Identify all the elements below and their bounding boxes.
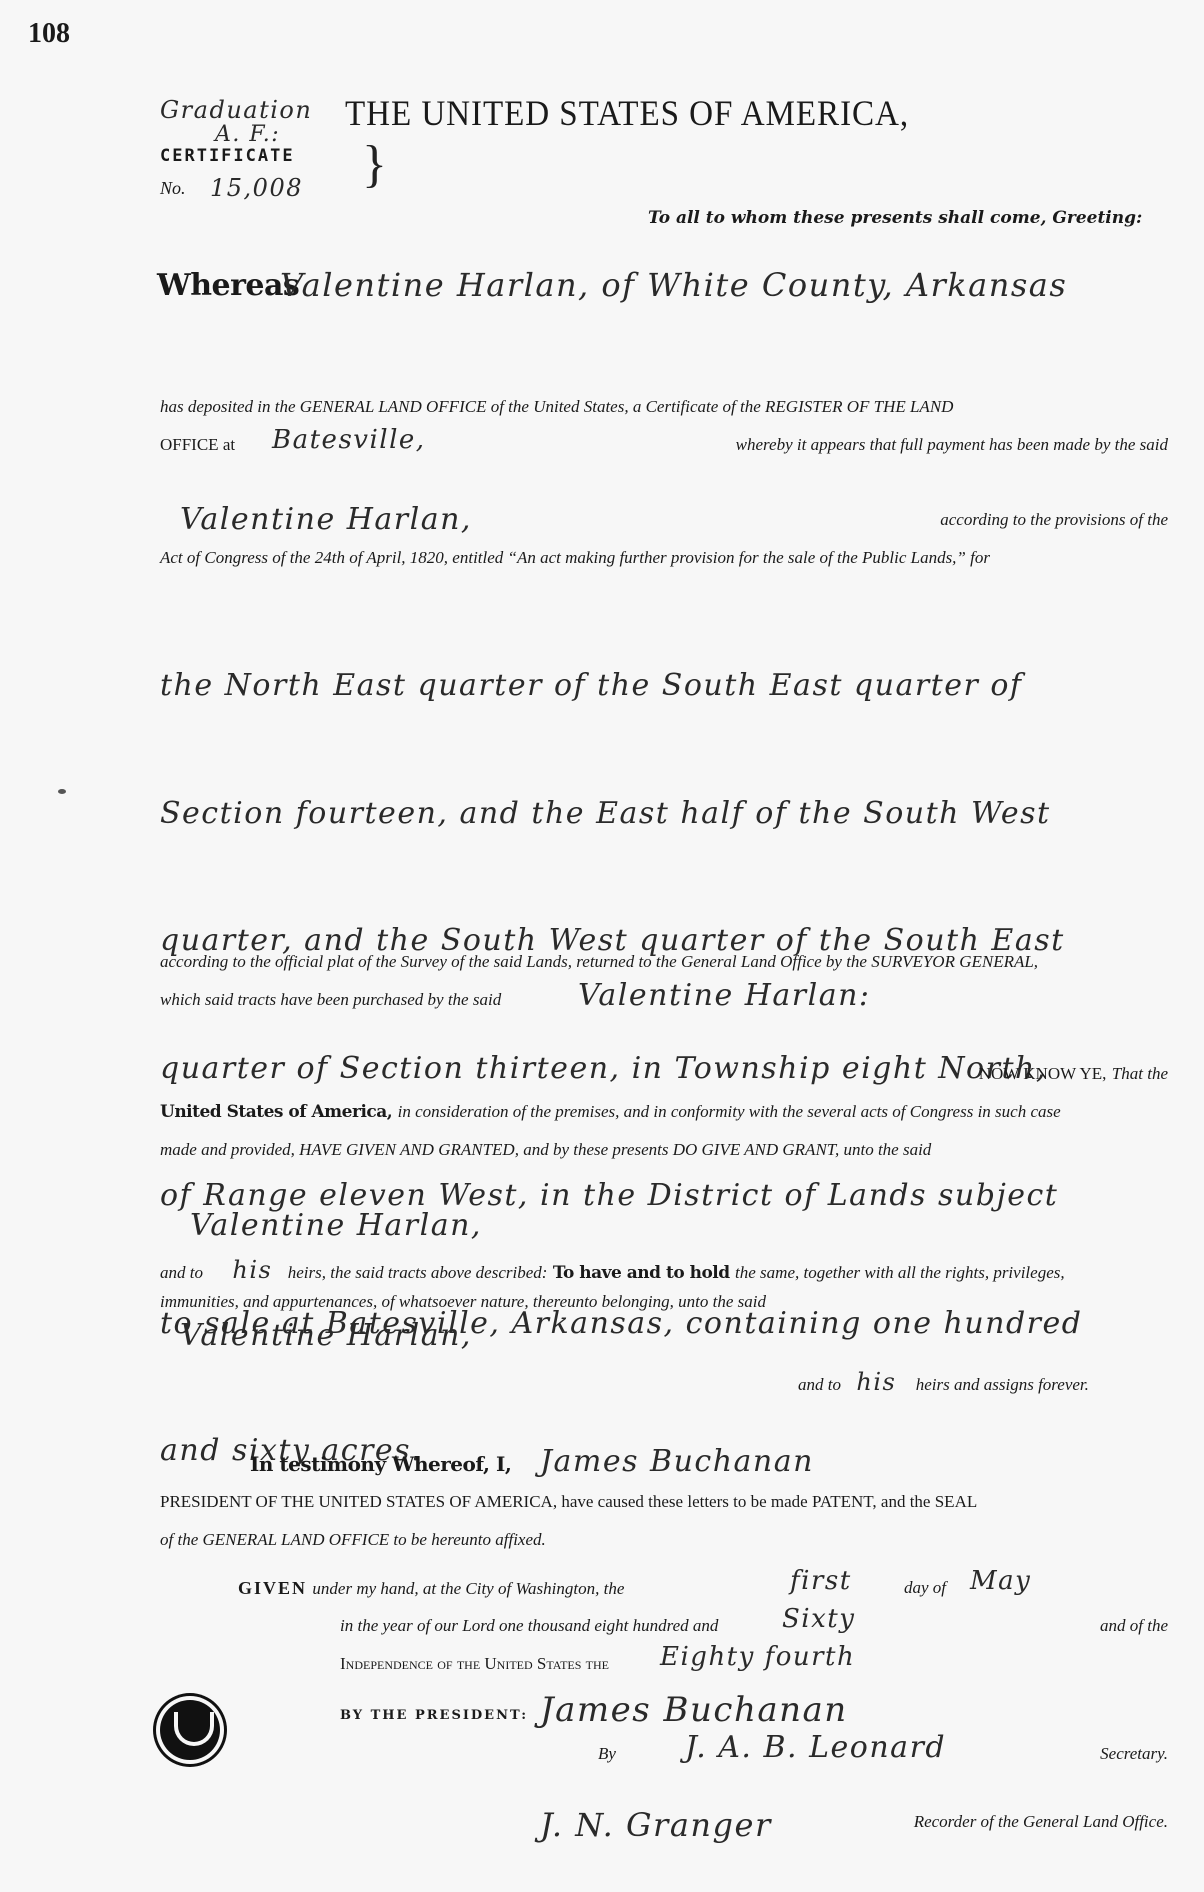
now-know-ye: NOW KNOW YE, That the <box>979 1064 1168 1084</box>
usa-blackletter: United States of America, <box>160 1102 392 1122</box>
graduation-note: Graduation <box>160 96 312 124</box>
day-of: day of <box>904 1578 946 1598</box>
act-text: Act of Congress of the 24th of April, 18… <box>160 548 990 568</box>
purchaser-name: Valentine Harlan: <box>578 978 871 1013</box>
land-description-line: quarter of Section thirteen, in Township… <box>160 1048 1082 1091</box>
land-description-line: the North East quarter of the South East… <box>160 665 1082 708</box>
recorder-title: Recorder of the General Land Office. <box>914 1812 1168 1832</box>
certificate-number: 15,008 <box>210 174 303 202</box>
president-name-handwritten: James Buchanan <box>540 1444 814 1479</box>
consideration-line: United States of America, in considerati… <box>160 1102 1061 1122</box>
independence-text: Independence of the United States the <box>340 1654 609 1674</box>
brace-icon: } <box>362 135 387 194</box>
by-label: By <box>598 1744 616 1764</box>
heirs-forever-line: and to his heirs and assigns forever. <box>798 1368 1089 1396</box>
and-of-the: and of the <box>1100 1616 1168 1636</box>
certificate-label: CERTIFICATE <box>160 146 295 166</box>
month-handwritten: May <box>970 1566 1031 1596</box>
land-office-name: Batesville, <box>272 425 426 455</box>
provisions-text: according to the provisions of the <box>940 510 1168 530</box>
has-prefix: has <box>160 397 184 416</box>
grantee-name-2: Valentine Harlan, <box>180 1318 472 1353</box>
president-signature: James Buchanan <box>540 1690 848 1730</box>
purchased-text: which said tracts have been purchased by… <box>160 990 501 1010</box>
secretary-title: Secretary. <box>1100 1744 1168 1764</box>
land-description-line: Section fourteen, and the East half of t… <box>160 793 1082 836</box>
heirs-line: and to his heirs, the said tracts above … <box>160 1256 1065 1284</box>
grantee-and-place: Valentine Harlan, of White County, Arkan… <box>280 266 1067 304</box>
seal-icon <box>160 1700 220 1760</box>
document-title: THE UNITED STATES OF AMERICA, <box>345 92 909 134</box>
president-line: PRESIDENT OF THE UNITED STATES OF AMERIC… <box>160 1492 977 1512</box>
ink-spot <box>58 789 66 794</box>
by-the-president: BY THE PRESIDENT: <box>340 1708 528 1723</box>
his-handwritten: his <box>232 1256 272 1284</box>
day-handwritten: first <box>790 1566 852 1596</box>
deposit-line-1: has deposited in the GENERAL LAND OFFICE… <box>160 397 953 417</box>
recorder-signature: J. N. Granger <box>540 1806 772 1844</box>
immunities-line: immunities, and appurtenances, of whatso… <box>160 1292 766 1312</box>
af-note: A. F.: <box>215 122 280 147</box>
grant-line: made and provided, HAVE GIVEN AND GRANTE… <box>160 1140 931 1160</box>
payer-name: Valentine Harlan, <box>180 502 472 537</box>
grantee-name: Valentine Harlan, <box>190 1208 482 1243</box>
year-handwritten: Sixty <box>782 1604 855 1634</box>
secretary-signature: J. A. B. Leonard <box>685 1730 946 1765</box>
payment-text: whereby it appears that full payment has… <box>736 435 1168 455</box>
whereas-label: Whereas <box>157 268 299 303</box>
page-number: 108 <box>28 18 70 50</box>
office-at-label: OFFICE at <box>160 435 235 455</box>
given-line: GIVEN under my hand, at the City of Wash… <box>238 1578 624 1599</box>
greeting: To all to whom these presents shall come… <box>648 208 1142 228</box>
in-testimony: In testimony Whereof, I, <box>250 1452 511 1476</box>
survey-text: according to the official plat of the Su… <box>160 952 1038 972</box>
year-text: in the year of our Lord one thousand eig… <box>340 1616 718 1636</box>
his-handwritten-2: his <box>856 1368 896 1396</box>
deposit-text: deposited in the GENERAL LAND OFFICE of … <box>188 397 954 416</box>
independence-year-handwritten: Eighty fourth <box>660 1642 855 1672</box>
seal-line: of the GENERAL LAND OFFICE to be hereunt… <box>160 1530 546 1550</box>
certificate-no-label: No. <box>160 178 186 199</box>
